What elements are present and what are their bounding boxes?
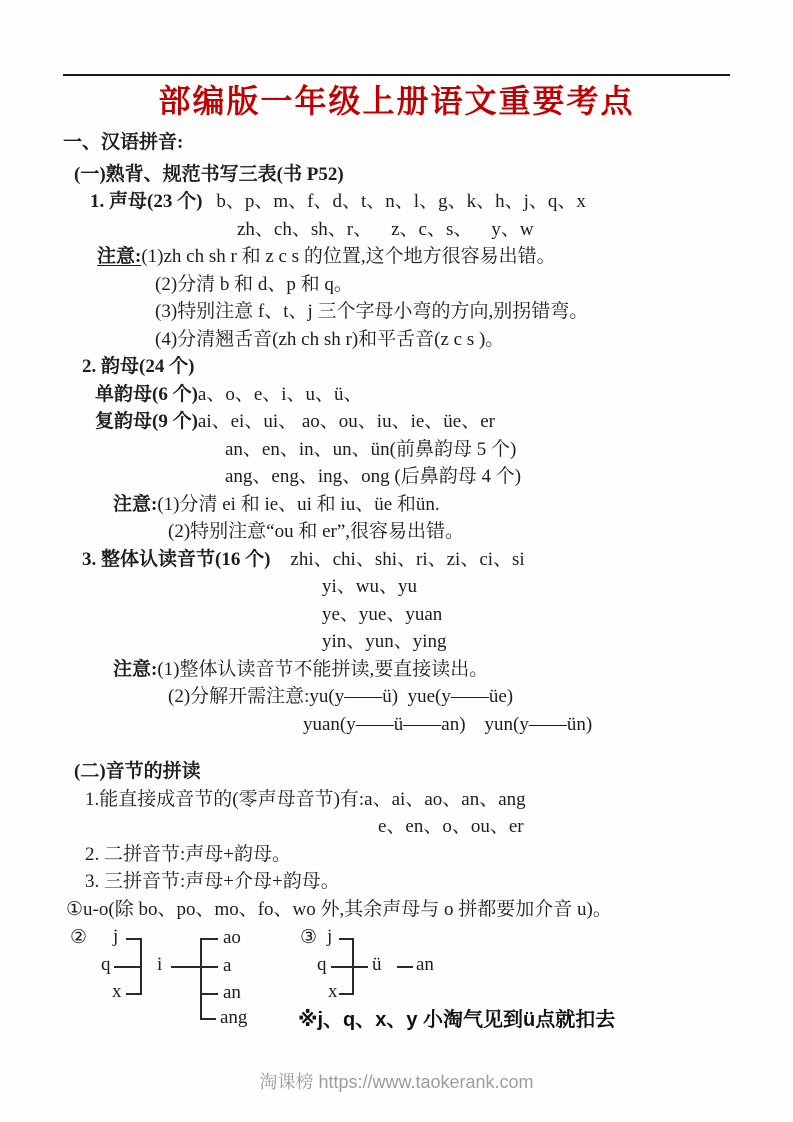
yunmu-fu-row1: ai、ei、ui、 ao、ou、iu、ie、üe、er xyxy=(198,411,495,432)
yunmu-note-1: (1)分清 ei 和 ie、ui 和 iu、üe 和ün. xyxy=(157,494,439,515)
diagram2-bracket-stroke xyxy=(126,938,140,940)
diagram3-bracket-stroke xyxy=(331,966,368,968)
shengmu-note-2: (2)分清 b 和 d、p 和 q。 xyxy=(155,271,793,299)
zhengti-note-line-1: 注意:(1)整体认读音节不能拼读,要直接读出。 xyxy=(113,656,793,684)
yunmu-fu-row2: an、en、in、un、ün(前鼻韵母 5 个) xyxy=(225,436,793,464)
zhengti-note-2: (2)分解开需注意:yu(y——ü) yue(y——üe) xyxy=(168,683,793,711)
diagram2-initial-x: x xyxy=(112,980,122,1004)
zhengti-row1: zhi、chi、shi、ri、zi、ci、si xyxy=(290,549,524,570)
jqxy-umlaut-tip: ※j、q、x、y 小淘气见到ü点就扣去 xyxy=(298,1003,615,1032)
document-page: 部编版一年级上册语文重要考点 一、汉语拼音: (一)熟背、规范书写三表(书 P5… xyxy=(0,0,793,1122)
zhengti-note-label: 注意: xyxy=(113,659,157,680)
zhengti-row3: ye、yue、yuan xyxy=(322,601,793,629)
yunmu-label: 2. 韵母(24 个) xyxy=(82,353,793,381)
shengmu-note-1: (1)zh ch sh r 和 z c s 的位置,这个地方很容易出错。 xyxy=(141,246,555,267)
yunmu-fu-line: 复韵母(9 个)ai、ei、ui、 ao、ou、iu、ie、üe、er xyxy=(95,408,793,436)
shengmu-note-3: (3)特别注意 f、t、j 三个字母小弯的方向,别拐错弯。 xyxy=(155,298,793,326)
diagram2-number: ② xyxy=(70,926,87,950)
diagram2-final-an: an xyxy=(223,981,241,1005)
diagram2-bracket-stroke xyxy=(202,993,218,995)
footer-watermark: 淘课榜 https://www.taokerank.com xyxy=(0,1068,793,1094)
diagram3-final-an: an xyxy=(416,953,434,977)
yunmu-fu-label: 复韵母(9 个) xyxy=(95,411,198,432)
shengmu-row2: zh、ch、sh、r、 z、c、s、 y、w xyxy=(237,216,793,244)
yunmu-note-line-1: 注意:(1)分清 ei 和 ie、ui 和 iu、üe 和ün. xyxy=(113,491,793,519)
diagram3-medial: ü xyxy=(372,953,382,977)
zhengti-line: 3. 整体认读音节(16 个)zhi、chi、shi、ri、zi、ci、si xyxy=(82,546,793,574)
yunmu-note-2: (2)特别注意“ou 和 er”,很容易出错。 xyxy=(168,518,793,546)
diagram2-final-a: a xyxy=(223,954,231,978)
yunmu-note-label: 注意: xyxy=(113,494,157,515)
diagram2-bracket-stroke xyxy=(202,1018,216,1020)
zhengti-row2: yi、wu、yu xyxy=(322,573,793,601)
zhengti-label: 3. 整体认读音节(16 个) xyxy=(82,549,270,570)
diagram2-bracket-stroke xyxy=(202,938,218,940)
shengmu-row1: b、p、m、f、d、t、n、l、g、k、h、j、q、x xyxy=(216,191,585,212)
diagram3-bracket-stroke xyxy=(339,993,352,995)
zhengti-note-1: (1)整体认读音节不能拼读,要直接读出。 xyxy=(157,659,488,680)
sanpin-diagrams: ② j q x i ao a an ang ③ j q x ü an ※j、q、… xyxy=(0,924,793,1028)
diagram3-connector-stroke xyxy=(397,966,413,968)
diagram2-bracket-stroke xyxy=(200,938,202,1020)
spelling-line-1b: e、en、o、ou、er xyxy=(378,813,793,841)
diagram2-medial: i xyxy=(157,953,162,977)
diagram2-bracket-stroke xyxy=(171,966,218,968)
heading-three-tables: (一)熟背、规范书写三表(书 P52) xyxy=(74,161,793,189)
spelling-line-1: 1.能直接成音节的(零声母音节)有:a、ai、ao、an、ang xyxy=(85,786,793,814)
diagram3-initial-j: j xyxy=(327,925,332,949)
diagram3-number: ③ xyxy=(300,926,317,950)
zhengti-row4: yin、yun、ying xyxy=(322,628,793,656)
spelling-line-2: 2. 二拼音节:声母+韵母。 xyxy=(85,841,793,869)
heading-spelling: (二)音节的拼读 xyxy=(74,758,793,786)
diagram2-bracket-stroke xyxy=(114,966,141,968)
shengmu-note-4: (4)分清翘舌音(zh ch sh r)和平舌音(z c s )。 xyxy=(155,326,793,354)
diagram2-final-ao: ao xyxy=(223,926,241,950)
diagram3-initial-q: q xyxy=(317,953,327,977)
yunmu-dan-row: a、o、e、i、u、ü、 xyxy=(198,384,363,405)
diagram2-bracket-stroke xyxy=(126,993,140,995)
diagram3-initial-x: x xyxy=(328,980,338,1004)
diagram2-initial-j: j xyxy=(113,925,118,949)
shengmu-label: 1. 声母(23 个) xyxy=(90,191,202,212)
yunmu-dan-label: 单韵母(6 个) xyxy=(95,384,198,405)
title-divider-line xyxy=(63,74,730,76)
spelling-line-3: 3. 三拼音节:声母+介母+韵母。 xyxy=(85,868,793,896)
yunmu-dan-line: 单韵母(6 个)a、o、e、i、u、ü、 xyxy=(95,381,793,409)
diagram2-initial-q: q xyxy=(101,953,111,977)
shengmu-line: 1. 声母(23 个)b、p、m、f、d、t、n、l、g、k、h、j、q、x xyxy=(90,188,793,216)
shengmu-note-line-1: 注意:(1)zh ch sh r 和 z c s 的位置,这个地方很容易出错。 xyxy=(97,243,793,271)
zhengti-note-3: yuan(y——ü——an) yun(y——ün) xyxy=(303,711,793,739)
diagram3-bracket-stroke xyxy=(339,938,352,940)
heading-hanyu-pinyin: 一、汉语拼音: xyxy=(63,129,793,157)
diagram2-final-ang: ang xyxy=(220,1006,247,1030)
spelling-line-4: ①u-o(除 bo、po、mo、fo、wo 外,其余声母与 o 拼都要加介音 u… xyxy=(66,896,793,924)
shengmu-note-label: 注意: xyxy=(97,246,141,267)
page-title: 部编版一年级上册语文重要考点 xyxy=(0,79,793,123)
yunmu-fu-row3: ang、eng、ing、ong (后鼻韵母 4 个) xyxy=(225,463,793,491)
